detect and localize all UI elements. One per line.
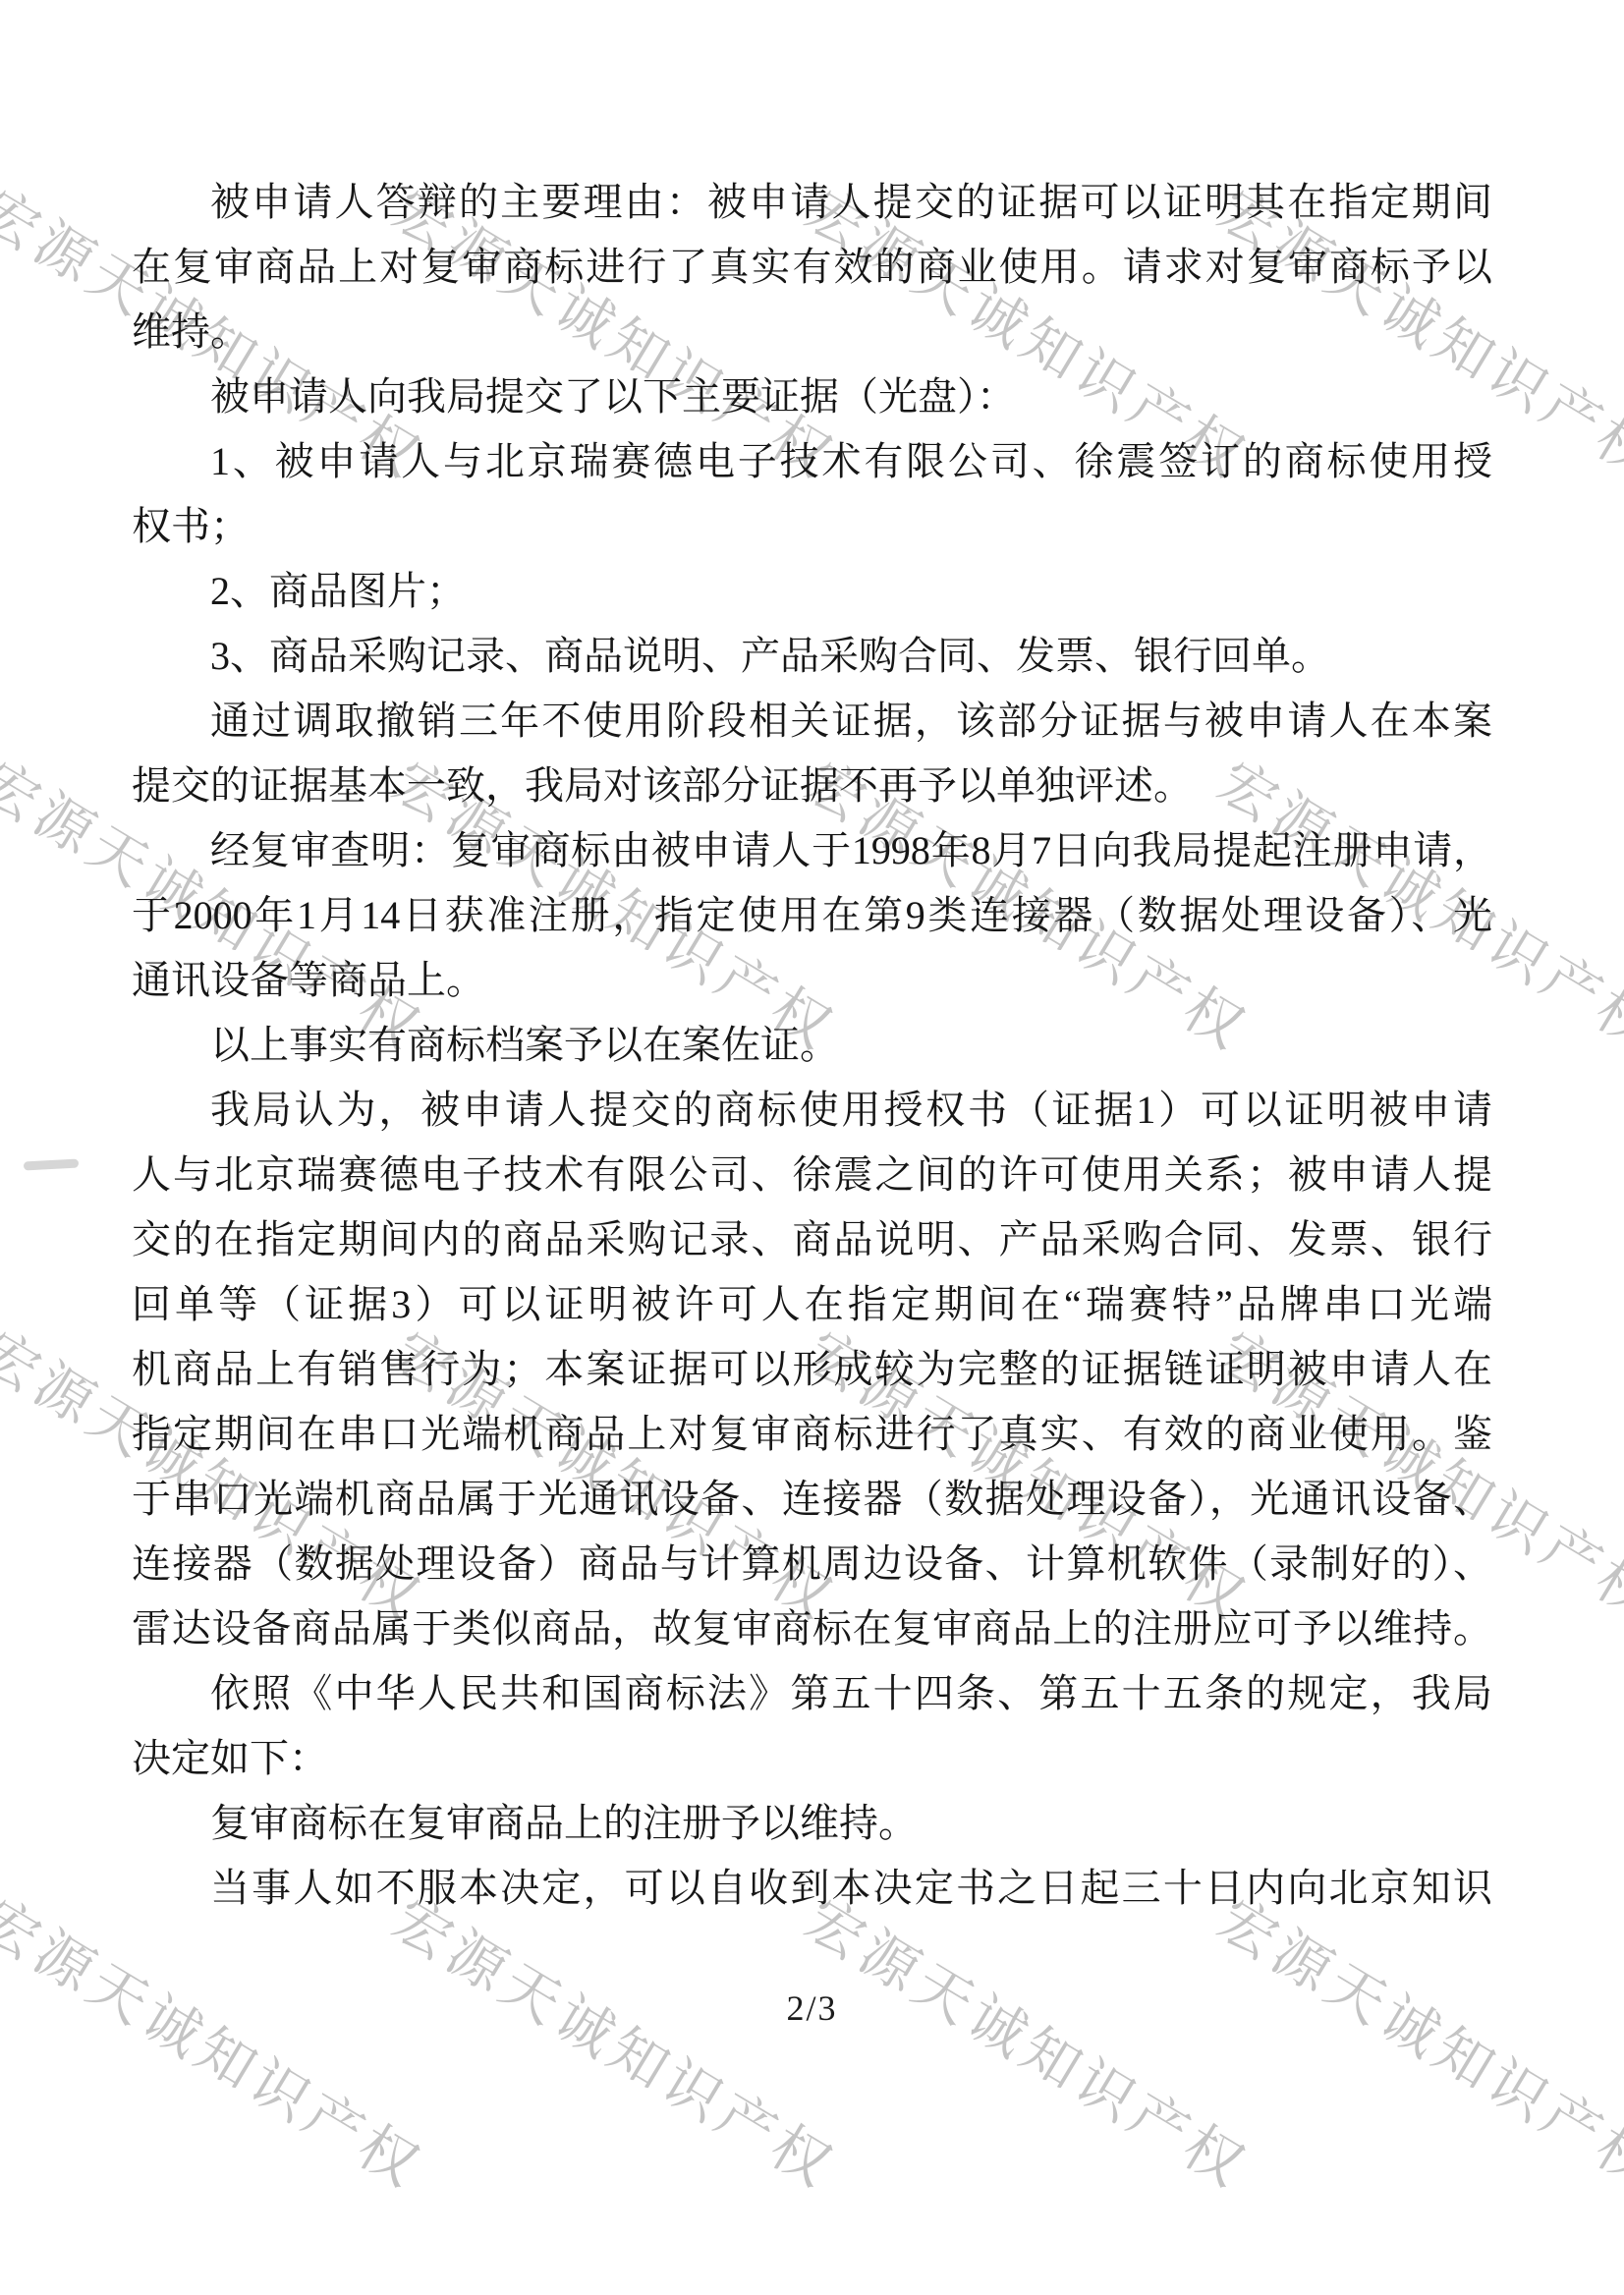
text-line: 连接器（数据处理设备）商品与计算机周边设备、计算机软件（录制好的）、 [132, 1532, 1492, 1596]
text-line: 于2000年1月14日获准注册，指定使用在第9类连接器（数据处理设备）、光 [132, 883, 1492, 948]
text-line: 机商品上有销售行为；本案证据可以形成较为完整的证据链证明被申请人在 [132, 1337, 1492, 1402]
text-line: 维持。 [132, 300, 1492, 364]
watermark-text: 宏源天诚知识产权 [380, 1875, 854, 2205]
text-line: 提交的证据基本一致，我局对该部分证据不再予以单独评述。 [132, 754, 1492, 818]
text-line: 我局认为，被申请人提交的商标使用授权书（证据1）可以证明被申请 [132, 1078, 1492, 1143]
text-line: 依照《中华人民共和国商标法》第五十四条、第五十五条的规定，我局 [132, 1661, 1492, 1726]
text-line: 复审商标在复审商品上的注册予以维持。 [132, 1791, 1492, 1856]
text-line: 在复审商品上对复审商标进行了真实有效的商业使用。请求对复审商标予以 [132, 235, 1492, 300]
text-line: 决定如下： [132, 1726, 1492, 1791]
text-line: 被申请人答辩的主要理由：被申请人提交的证据可以证明其在指定期间 [132, 170, 1492, 235]
text-line: 以上事实有商标档案予以在案佐证。 [132, 1013, 1492, 1078]
document-page: 宏源天诚知识产权宏源天诚知识产权宏源天诚知识产权宏源天诚知识产权宏源天诚知识产权… [0, 0, 1624, 2295]
watermark-text: 宏源天诚知识产权 [0, 1875, 441, 2205]
text-line: 交的在指定期间内的商品采购记录、商品说明、产品采购合同、发票、银行 [132, 1207, 1492, 1272]
text-line: 雷达设备商品属于类似商品，故复审商标在复审商品上的注册应可予以维持。 [132, 1596, 1492, 1661]
text-line: 经复审查明：复审商标由被申请人于1998年8月7日向我局提起注册申请， [132, 818, 1492, 883]
watermark-text: 宏源天诚知识产权 [793, 1875, 1266, 2205]
scan-artifact [24, 1159, 79, 1171]
watermark-text: 宏源天诚知识产权 [1205, 1875, 1624, 2205]
text-line: 2、商品图片； [132, 559, 1492, 624]
text-line: 当事人如不服本决定，可以自收到本决定书之日起三十日内向北京知识 [132, 1856, 1492, 1921]
text-line: 指定期间在串口光端机商品上对复审商标进行了真实、有效的商业使用。鉴 [132, 1402, 1492, 1467]
text-line: 于串口光端机商品属于光通讯设备、连接器（数据处理设备），光通讯设备、 [132, 1467, 1492, 1532]
page-number: 2/3 [0, 1987, 1624, 2029]
text-line: 回单等（证据3）可以证明被许可人在指定期间在“瑞赛特”品牌串口光端 [132, 1272, 1492, 1337]
text-line: 权书； [132, 494, 1492, 559]
text-line: 1、被申请人与北京瑞赛德电子技术有限公司、徐震签订的商标使用授 [132, 429, 1492, 494]
text-line: 通讯设备等商品上。 [132, 948, 1492, 1013]
document-body: 被申请人答辩的主要理由：被申请人提交的证据可以证明其在指定期间在复审商品上对复审… [132, 170, 1492, 1921]
text-line: 3、商品采购记录、商品说明、产品采购合同、发票、银行回单。 [132, 624, 1492, 689]
text-line: 被申请人向我局提交了以下主要证据（光盘）： [132, 364, 1492, 429]
text-line: 通过调取撤销三年不使用阶段相关证据，该部分证据与被申请人在本案 [132, 689, 1492, 754]
text-line: 人与北京瑞赛德电子技术有限公司、徐震之间的许可使用关系；被申请人提 [132, 1143, 1492, 1207]
